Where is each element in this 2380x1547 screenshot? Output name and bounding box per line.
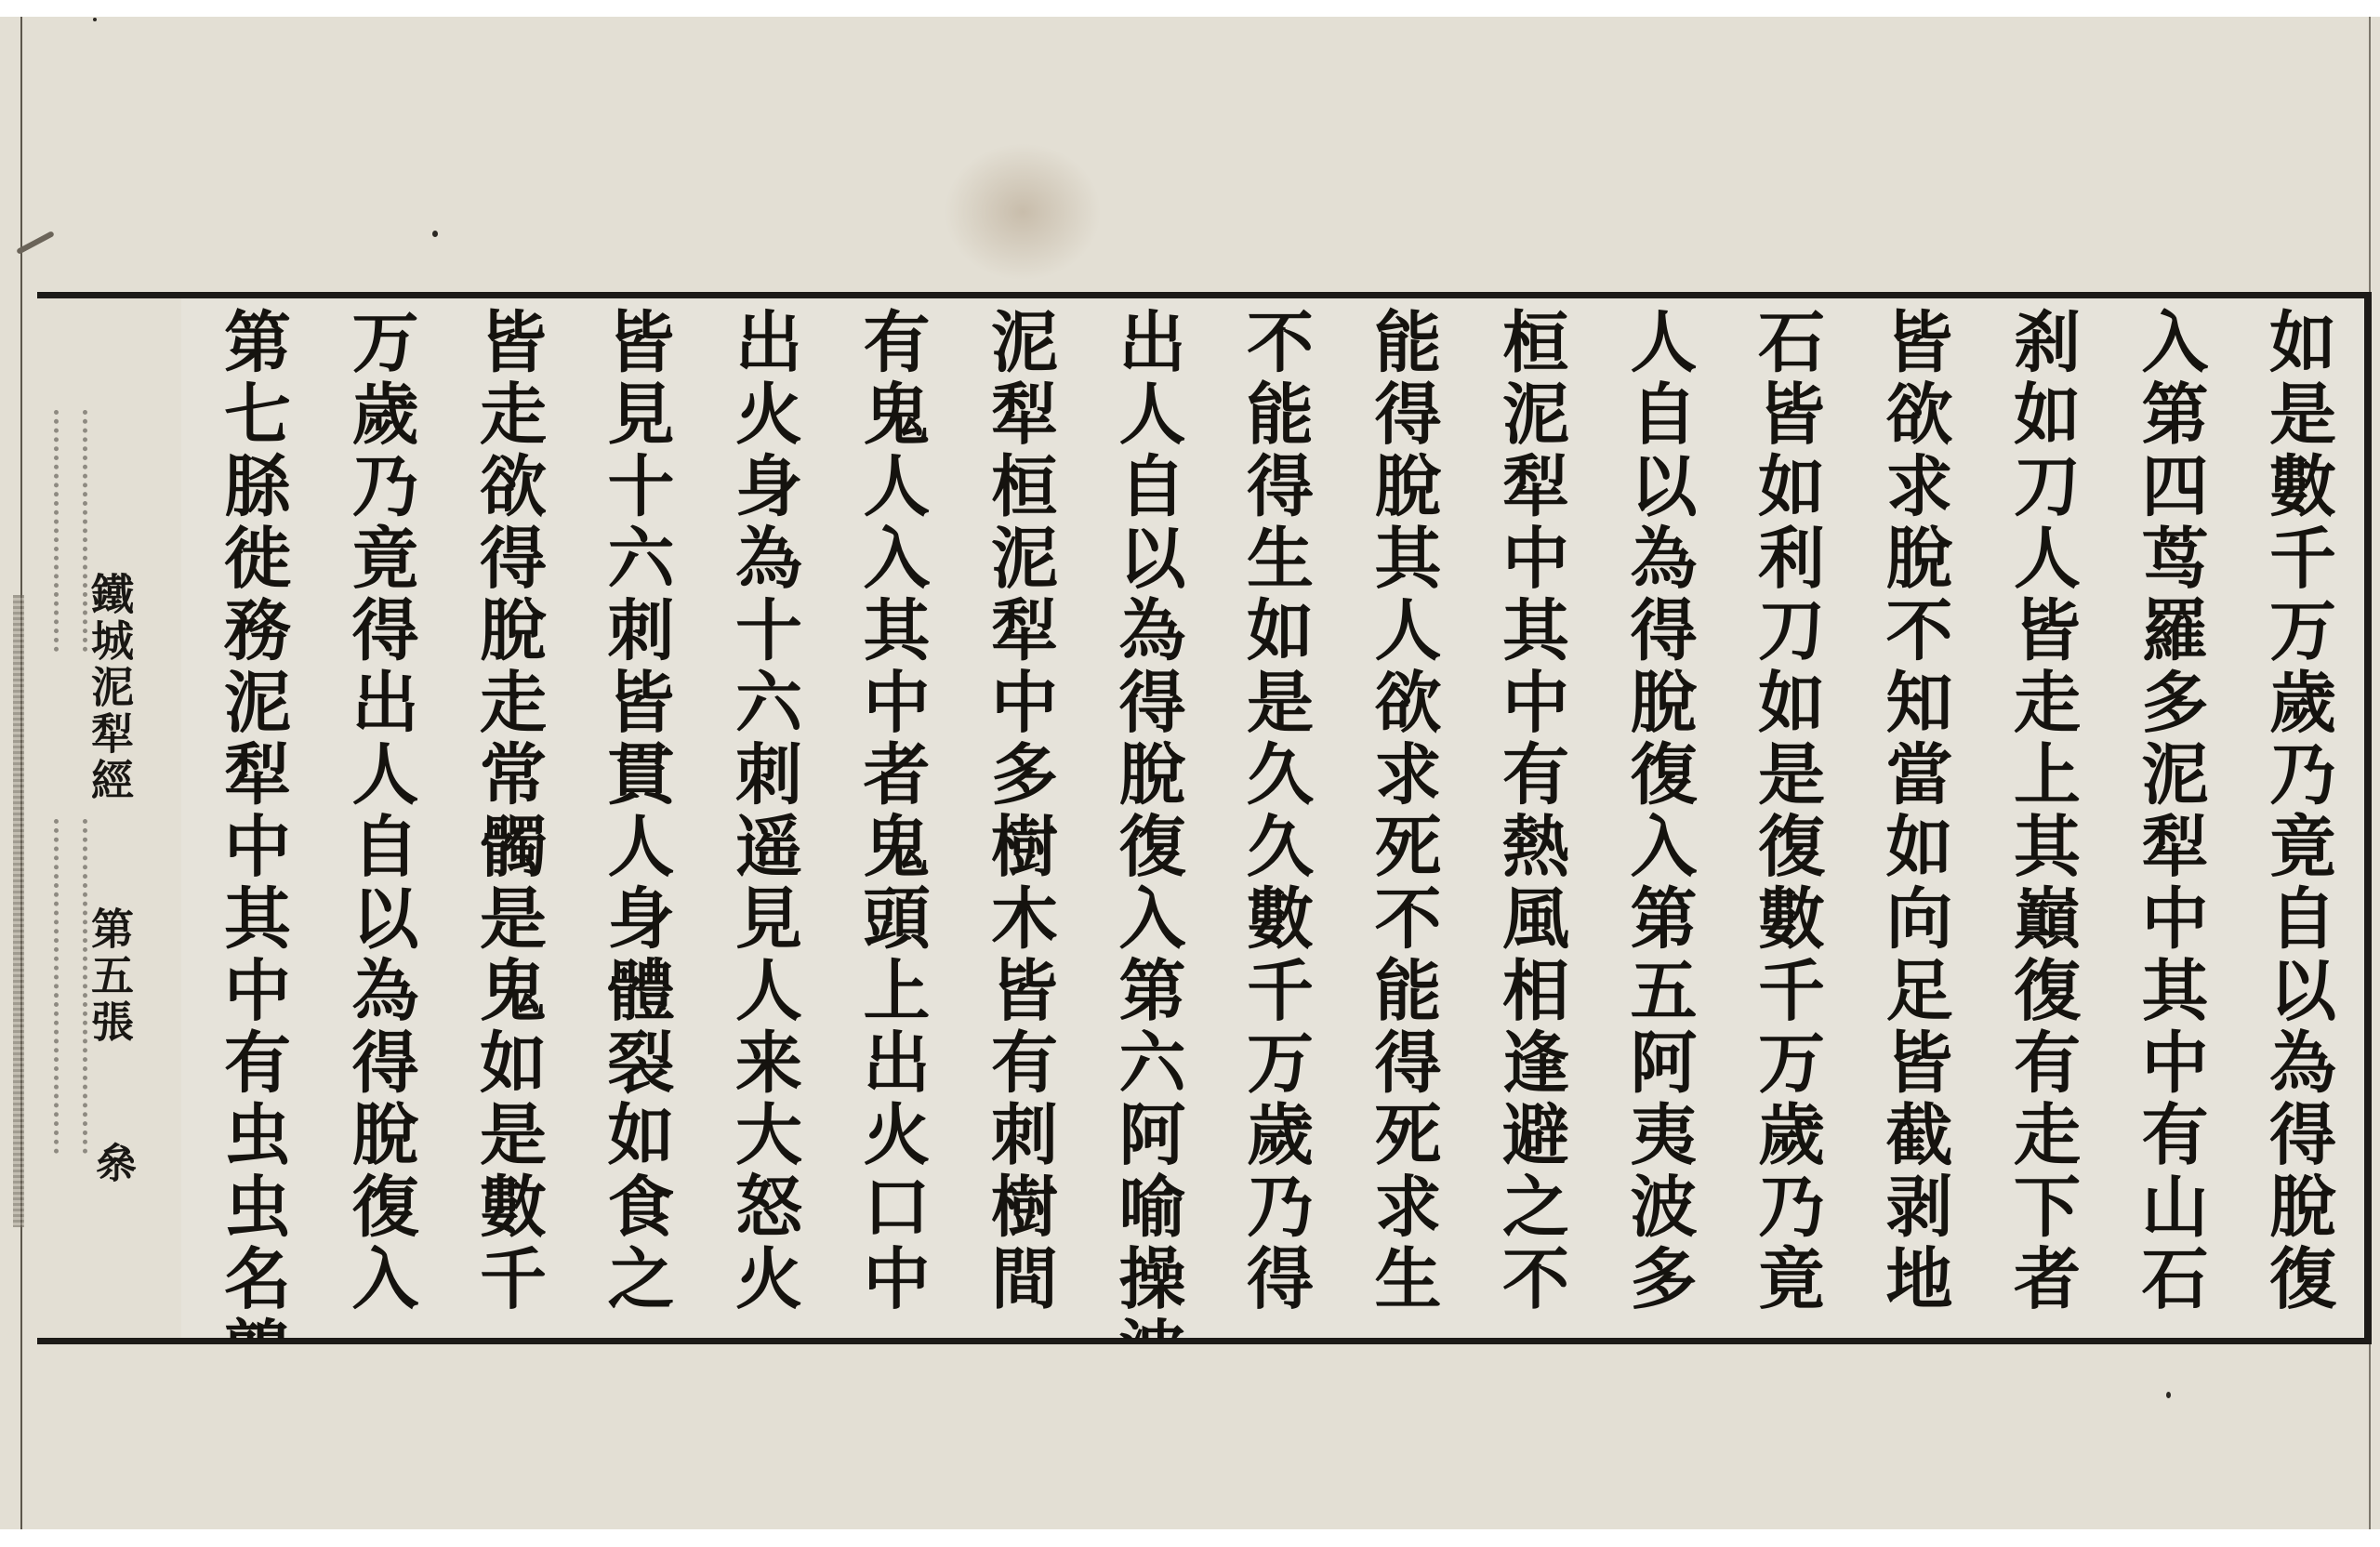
- margin-volume-mark: 㕘: [84, 1142, 139, 1183]
- margin-page-number: 第五張: [82, 906, 138, 1046]
- margin-sutra-title: 鐵城泥犁經: [82, 572, 138, 804]
- text-column-15: 皆走欲得脫走常髑是鬼如是數千: [444, 307, 573, 1339]
- text-column-6: 人自以為得脫復入第五阿夷波多: [1594, 307, 1723, 1339]
- text-column-12: 有鬼人入其中者鬼頭上出火口中: [827, 307, 956, 1339]
- text-column-14: 皆見十六刺皆貫人身體裂如食之: [572, 307, 700, 1339]
- paper-speck: [93, 18, 97, 21]
- text-column-11: 泥犁桓泥犁中多樹木皆有刺樹間: [956, 307, 1084, 1339]
- text-column-5: 石皆如利刀如是復數千万歲乃竟: [1723, 307, 1851, 1339]
- text-column-2: 入第四茑羅多泥犁中其中有山石: [2106, 307, 2234, 1339]
- text-column-7: 桓泥犁中其中有熱風相逢避之不: [1467, 307, 1595, 1339]
- text-column-4: 皆欲求脫不知當如向足皆截剥地: [1850, 307, 1978, 1339]
- text-column-3: 刹如刀人皆走上其巔復有走下者: [1978, 307, 2107, 1339]
- margin-band: [37, 292, 181, 1344]
- text-column-17: 第七脎徙務泥犁中其中有虫虫名鶉: [189, 307, 317, 1339]
- paper-speck: [2166, 1392, 2171, 1398]
- text-column-1: 如是數千万歲乃竟自以為得脫復: [2234, 307, 2362, 1339]
- text-column-16: 万歲乃竟得出人自以為得脫復入: [316, 307, 444, 1339]
- text-columns: 如是數千万歲乃竟自以為得脫復 入第四茑羅多泥犁中其中有山石 刹如刀人皆走上其巔復…: [181, 307, 2361, 1339]
- text-column-10: 出人自以為得脫復入第六阿喻操波: [1083, 307, 1211, 1339]
- paper-speck: [432, 231, 438, 237]
- text-column-13: 出火身為十六刺遥見人来大怒火: [700, 307, 828, 1339]
- text-column-8: 能得脫其人欲求死不能得死求生: [1339, 307, 1467, 1339]
- text-column-9: 不能得生如是久久數千万歲乃得: [1211, 307, 1340, 1339]
- binding-edge-texture: [13, 595, 24, 1227]
